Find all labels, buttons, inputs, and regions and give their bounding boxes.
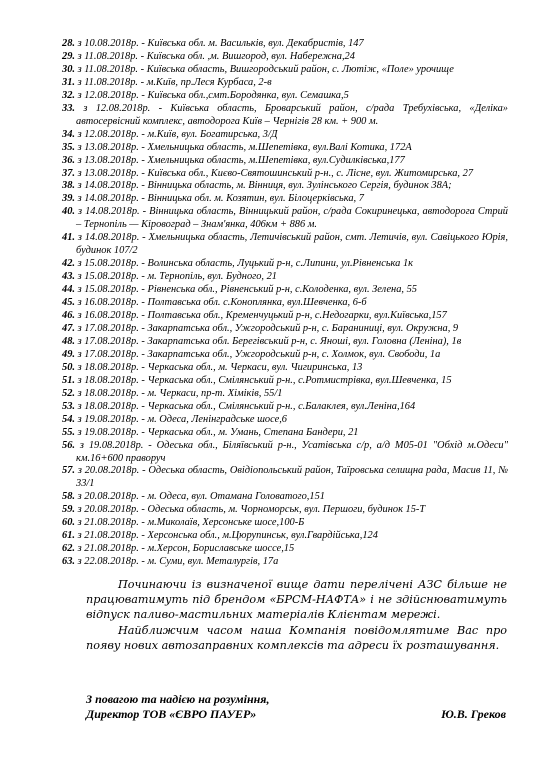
list-item: 44. з 15.08.2018р. - Рівненська обл., Рі… (62, 284, 508, 297)
item-date: з 12.08.2018р. - (75, 90, 147, 101)
item-address: Полтавська обл., Кременчуцький р-н, с.Не… (147, 310, 446, 321)
list-item: 32. з 12.08.2018р. - Київська обл.,смт.Б… (62, 90, 508, 103)
item-date: з 14.08.2018р. - (75, 206, 149, 217)
item-address: Черкаська обл., Смілянський р-н., с.Ротм… (147, 375, 451, 386)
list-item: 31. з 11.08.2018р. - м.Київ, пр.Леся Кур… (62, 77, 508, 90)
list-item: 42. з 15.08.2018р. - Волинська область, … (62, 258, 508, 271)
item-address: Київська обл., Києво-Святошинський р-н.,… (147, 168, 473, 179)
list-item: 35. з 13.08.2018р. - Хмельницька область… (62, 142, 508, 155)
list-item: 54. з 19.08.2018р. - м. Одеса, Ленінград… (62, 414, 508, 427)
item-number: 53. (62, 401, 75, 412)
list-item: 41. з 14.08.2018р. - Хмельницька область… (62, 232, 508, 258)
list-item: 30. з 11.08.2018р. - Київська область, В… (62, 64, 508, 77)
list-item: 46. з 16.08.2018р. - Полтавська обл., Кр… (62, 310, 508, 323)
item-number: 33. (62, 103, 75, 114)
item-address: Київська область, Вишгородський район, с… (147, 64, 454, 75)
item-date: з 15.08.2018р. - (75, 284, 147, 295)
item-address: м. Одеса, Ленінградське шосе,6 (147, 414, 287, 425)
item-date: з 18.08.2018р. - (75, 362, 147, 373)
document-page: 28. з 10.08.2018р. - Київська обл. м. Ва… (0, 0, 551, 779)
item-date: з 15.08.2018р. - (75, 258, 147, 269)
list-item: 62. з 21.08.2018р. - м.Херсон, Бориславс… (62, 543, 508, 556)
item-address: Київська обл.,смт.Бородянка, вул. Семашк… (147, 90, 348, 101)
item-number: 44. (62, 284, 75, 295)
item-number: 43. (62, 271, 75, 282)
list-item: 47. з 17.08.2018р. - Закарпатська обл., … (62, 323, 508, 336)
item-address: м.Київ, вул. Богатирська, 3/Д (147, 129, 277, 140)
item-address: Черкаська обл., м. Черкаси, вул. Чигирин… (147, 362, 362, 373)
list-item: 56. з 19.08.2018р. - Одеська обл., Біляї… (62, 440, 508, 466)
item-number: 59. (62, 504, 75, 515)
item-date: з 15.08.2018р. - (75, 271, 147, 282)
item-number: 29. (62, 51, 75, 62)
item-address: Рівненська обл., Рівненський р-н, с.Коло… (147, 284, 417, 295)
item-address: Хмельницька область, м.Шепетівка, вул.Су… (147, 155, 404, 166)
item-number: 54. (62, 414, 75, 425)
item-address: м. Одеса, вул. Отамана Головатого,151 (147, 491, 325, 502)
item-number: 56. (62, 440, 75, 451)
item-date: з 17.08.2018р. - (75, 349, 147, 360)
list-item: 40. з 14.08.2018р. - Вінницька область, … (62, 206, 508, 232)
item-number: 35. (62, 142, 75, 153)
item-date: з 13.08.2018р. - (75, 168, 147, 179)
item-date: з 14.08.2018р. - (75, 180, 147, 191)
item-number: 39. (62, 193, 75, 204)
item-number: 40. (62, 206, 75, 217)
item-date: з 20.08.2018р. - (75, 504, 147, 515)
item-date: з 17.08.2018р. - (75, 336, 147, 347)
item-date: з 16.08.2018р. - (75, 310, 147, 321)
list-item: 57. з 20.08.2018р. - Одеська область, Ов… (62, 465, 508, 491)
item-date: з 11.08.2018р. - (75, 64, 147, 75)
item-address: Черкаська обл., м. Умань, Степана Бандер… (147, 427, 358, 438)
item-address: Волинська область, Луцький р-н, с.Липини… (147, 258, 413, 269)
item-date: з 19.08.2018р. - (75, 427, 147, 438)
list-item: 63. з 22.08.2018р. - м. Суми, вул. Метал… (62, 556, 508, 569)
item-date: з 14.08.2018р. - (75, 232, 148, 243)
closing-text: Починаючи із визначеної вище дати перелі… (86, 577, 507, 653)
item-number: 63. (62, 556, 75, 567)
item-number: 55. (62, 427, 75, 438)
item-address: Вінницька обл. м. Козятин, вул. Білоцерк… (147, 193, 363, 204)
closing-paragraph-2: Найближчим часом наша Компанія повідомля… (86, 623, 507, 653)
item-number: 51. (62, 375, 75, 386)
item-date: з 10.08.2018р. - (75, 38, 147, 49)
item-date: з 22.08.2018р. - (75, 556, 147, 567)
signature-greeting: З повагою та надією на розуміння, (86, 692, 506, 707)
item-number: 36. (62, 155, 75, 166)
signatory-title: Директор ТОВ «ЄВРО ПАУЕР» (86, 707, 256, 722)
item-address: м. Тернопіль, вул. Будного, 21 (147, 271, 277, 282)
list-item: 48. з 17.08.2018р. - Закарпатська обл. Б… (62, 336, 508, 349)
item-address: Київська обл. м. Васильків, вул. Декабри… (147, 38, 363, 49)
item-date: з 13.08.2018р. - (75, 155, 147, 166)
item-date: з 18.08.2018р. - (75, 375, 147, 386)
item-number: 57. (62, 465, 75, 476)
station-address-list: 28. з 10.08.2018р. - Київська обл. м. Ва… (62, 38, 508, 569)
item-date: з 20.08.2018р. - (75, 491, 147, 502)
item-number: 32. (62, 90, 75, 101)
item-number: 62. (62, 543, 75, 554)
item-date: з 14.08.2018р. - (75, 193, 147, 204)
item-number: 48. (62, 336, 75, 347)
item-number: 58. (62, 491, 75, 502)
item-number: 45. (62, 297, 75, 308)
item-date: з 12.08.2018р. - (75, 129, 147, 140)
list-item: 55. з 19.08.2018р. - Черкаська обл., м. … (62, 427, 508, 440)
list-item: 61. з 21.08.2018р. - Херсонська обл., м.… (62, 530, 508, 543)
item-address: Закарпатська обл., Ужгородський р-н, с. … (147, 323, 458, 334)
item-address: Закарпатська обл., Ужгородський р-н, с. … (147, 349, 440, 360)
signature-block: З повагою та надією на розуміння, Директ… (86, 692, 506, 722)
item-number: 49. (62, 349, 75, 360)
item-number: 38. (62, 180, 75, 191)
list-item: 60. з 21.08.2018р. - м.Миколаїв, Херсонс… (62, 517, 508, 530)
list-item: 53. з 18.08.2018р. - Черкаська обл., Смі… (62, 401, 508, 414)
item-number: 61. (62, 530, 75, 541)
item-number: 42. (62, 258, 75, 269)
list-item: 52. з 18.08.2018р. - м. Черкаси, пр-т. Х… (62, 388, 508, 401)
item-address: Херсонська обл., м.Цюрупинськ, вул.Гвард… (147, 530, 377, 541)
item-address: Одеська область, м. Чорноморськ, вул. Пе… (147, 504, 425, 515)
item-date: з 12.08.2018р. - (75, 103, 170, 114)
item-address: Хмельницька область, м.Шепетівка, вул.Ва… (147, 142, 411, 153)
list-item: 59. з 20.08.2018р. - Одеська область, м.… (62, 504, 508, 517)
item-address: м.Київ, пр.Леся Курбаса, 2-в (147, 77, 272, 88)
item-date: з 18.08.2018р. - (75, 401, 147, 412)
item-number: 60. (62, 517, 75, 528)
item-date: з 11.08.2018р. - (75, 51, 147, 62)
item-address: м.Херсон, Бориславське шоссе,15 (147, 543, 294, 554)
list-item: 33. з 12.08.2018р. - Київська область, Б… (62, 103, 508, 129)
item-date: з 21.08.2018р. - (75, 530, 147, 541)
list-item: 45. з 16.08.2018р. - Полтавська обл. с.К… (62, 297, 508, 310)
item-number: 41. (62, 232, 75, 243)
item-date: з 21.08.2018р. - (75, 517, 147, 528)
list-item: 36. з 13.08.2018р. - Хмельницька область… (62, 155, 508, 168)
item-number: 30. (62, 64, 75, 75)
list-item: 50. з 18.08.2018р. - Черкаська обл., м. … (62, 362, 508, 375)
closing-paragraph-1: Починаючи із визначеної вище дати перелі… (86, 577, 507, 623)
list-item: 37. з 13.08.2018р. - Київська обл., Києв… (62, 168, 508, 181)
item-date: з 17.08.2018р. - (75, 323, 147, 334)
item-date: з 20.08.2018р. - (75, 465, 148, 476)
item-number: 31. (62, 77, 75, 88)
item-address: м. Суми, вул. Металургів, 17а (147, 556, 278, 567)
item-address: Полтавська обл. с.Коноплянка, вул.Шевчен… (147, 297, 366, 308)
list-item: 51. з 18.08.2018р. - Черкаська обл., Смі… (62, 375, 508, 388)
item-date: з 16.08.2018р. - (75, 297, 147, 308)
item-number: 28. (62, 38, 75, 49)
list-item: 43. з 15.08.2018р. - м. Тернопіль, вул. … (62, 271, 508, 284)
signatory-name: Ю.В. Греков (441, 707, 506, 722)
item-address: Черкаська обл., Смілянський р-н., с.Бала… (147, 401, 415, 412)
list-item: 28. з 10.08.2018р. - Київська обл. м. Ва… (62, 38, 508, 51)
item-date: з 19.08.2018р. - (75, 414, 147, 425)
list-item: 34. з 12.08.2018р. - м.Київ, вул. Богати… (62, 129, 508, 142)
item-number: 46. (62, 310, 75, 321)
item-number: 37. (62, 168, 75, 179)
item-address: Вінницька область, м. Вінниця, вул. Зулі… (147, 180, 451, 191)
item-address: Закарпатська обл. Берегівський р-н, с. Я… (147, 336, 461, 347)
list-item: 39. з 14.08.2018р. - Вінницька обл. м. К… (62, 193, 508, 206)
item-number: 47. (62, 323, 75, 334)
list-item: 29. з 11.08.2018р. - Київська обл. ,м. В… (62, 51, 508, 64)
item-number: 50. (62, 362, 75, 373)
list-item: 58. з 20.08.2018р. - м. Одеса, вул. Отам… (62, 491, 508, 504)
item-number: 34. (62, 129, 75, 140)
list-item: 49. з 17.08.2018р. - Закарпатська обл., … (62, 349, 508, 362)
item-number: 52. (62, 388, 75, 399)
item-date: з 13.08.2018р. - (75, 142, 147, 153)
item-date: з 18.08.2018р. - (75, 388, 147, 399)
item-address: м. Черкаси, пр-т. Хіміків, 55/1 (147, 388, 282, 399)
item-date: з 11.08.2018р. - (75, 77, 147, 88)
item-address: м.Миколаїв, Херсонське шосе,100-Б (147, 517, 304, 528)
item-date: з 21.08.2018р. - (75, 543, 147, 554)
list-item: 38. з 14.08.2018р. - Вінницька область, … (62, 180, 508, 193)
item-address: Київська обл. ,м. Вишгород, вул. Набереж… (147, 51, 355, 62)
item-date: з 19.08.2018р. - (75, 440, 157, 451)
